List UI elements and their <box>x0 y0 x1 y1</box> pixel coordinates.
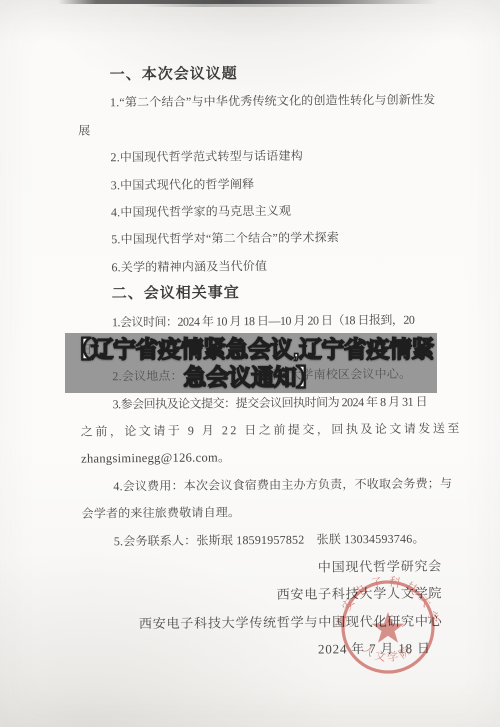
doc-line-topic3: 3.中国式现代化的哲学阐释 <box>79 169 439 200</box>
official-seal: 西安电子科技大学 人文学院 <box>318 557 458 697</box>
doc-line-submission-wrap: 之前，论文请于 9 月 22 日之前提交，回执及论文请发送至 <box>81 416 441 447</box>
caption-line-2: 急会议通知】 <box>184 363 319 391</box>
doc-line-meeting-time: 1.会议时间：2024 年 10 月 18 日—10 月 20 日（18 日报到… <box>80 306 440 337</box>
doc-line-email: zhangsiminegg@126.com。 <box>81 443 441 474</box>
doc-line-topic1: 1.“第二个结合”与中华优秀传统文化的创造性转化与创新性发 <box>78 87 438 118</box>
star-icon <box>372 612 404 643</box>
doc-line-contacts: 5.会务联系人：张斯珉 18591957852 张朕 13034593746。 <box>82 525 442 556</box>
caption-line-1: 【辽宁省疫情紧急会议,辽宁省疫情紧 <box>68 335 434 363</box>
doc-line-topic4: 4.中国现代哲学家的马克思主义观 <box>79 196 439 227</box>
doc-section1-heading: 一、本次会议议题 <box>78 59 438 90</box>
doc-line-topic1-wrap: 展 <box>78 114 438 145</box>
doc-section2-heading: 二、会议相关事宜 <box>80 279 440 310</box>
seal-text-bottom: 人文学院 <box>361 641 416 664</box>
doc-line-topic6: 6.关学的精神内涵及当代价值 <box>79 251 439 282</box>
document-photo-page: 一、本次会议议题 1.“第二个结合”与中华优秀传统文化的创造性转化与创新性发 展… <box>0 0 500 727</box>
caption-overlay: 【辽宁省疫情紧急会议,辽宁省疫情紧 急会议通知】 <box>65 333 437 393</box>
doc-line-topic5: 5.中国现代哲学对“第二个结合”的学术探索 <box>79 224 439 255</box>
doc-line-topic2: 2.中国现代哲学范式转型与话语建构 <box>78 142 438 173</box>
doc-line-fees-wrap: 会学者的来往旅费敬请自理。 <box>81 498 441 529</box>
doc-line-fees: 4.会议费用：本次会议食宿费由主办方负责，不收取会务费；与 <box>81 470 441 501</box>
